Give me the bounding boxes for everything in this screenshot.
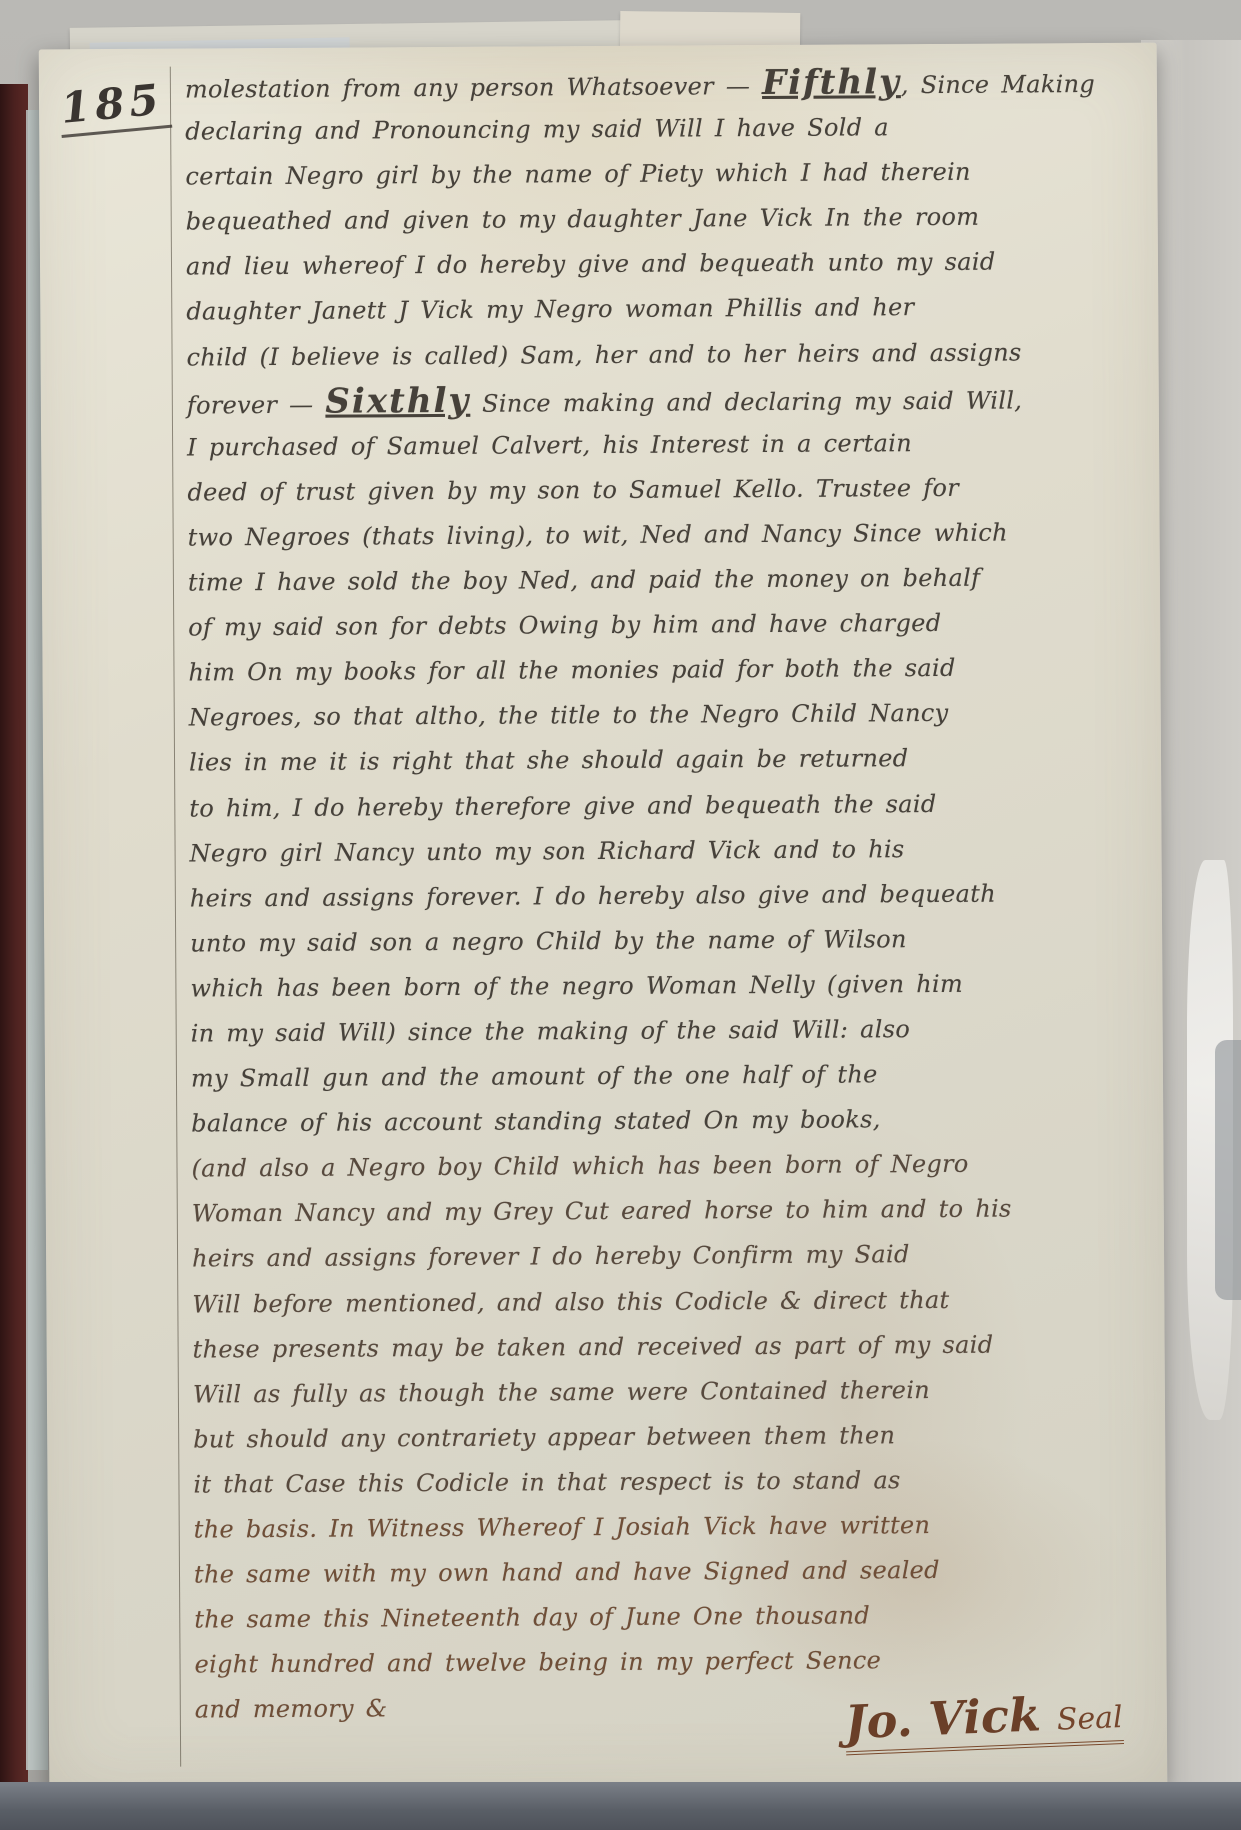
text-line: molestation from any person Whatsoever —… bbox=[185, 59, 1137, 110]
text-line: two Negroes (thats living), to wit, Ned … bbox=[188, 510, 1140, 561]
text-line: eight hundred and twelve being in my per… bbox=[194, 1637, 1146, 1688]
text-segment: the same with my own hand and have Signe… bbox=[194, 1556, 940, 1589]
signature-name: Jo. Vick bbox=[844, 1687, 1042, 1749]
text-line: heirs and assigns forever I do hereby Co… bbox=[192, 1231, 1144, 1282]
text-segment: Will before mentioned, and also this Cod… bbox=[192, 1285, 949, 1318]
text-segment: time I have sold the boy Ned, and paid t… bbox=[188, 564, 980, 597]
text-segment: child (I believe is called) Sam, her and… bbox=[186, 338, 1021, 371]
text-line: it that Case this Codicle in that respec… bbox=[193, 1457, 1145, 1508]
text-segment: balance of his account standing stated O… bbox=[191, 1105, 881, 1137]
text-segment: which has been born of the negro Woman N… bbox=[190, 970, 963, 1003]
text-line: my Small gun and the amount of the one h… bbox=[191, 1051, 1143, 1102]
text-segment: Negroes, so that altho, the title to the… bbox=[189, 699, 949, 732]
text-segment: my Small gun and the amount of the one h… bbox=[191, 1060, 878, 1092]
text-segment: bequeathed and given to my daughter Jane… bbox=[186, 203, 980, 236]
text-segment: the same this Nineteenth day of June One… bbox=[194, 1602, 870, 1634]
text-segment: deed of trust given by my son to Samuel … bbox=[187, 474, 959, 507]
right-edge-shadow bbox=[1215, 1040, 1241, 1300]
manuscript-lines: molestation from any person Whatsoever —… bbox=[185, 59, 1147, 1733]
text-segment: Will as fully as though the same were Co… bbox=[193, 1376, 930, 1409]
text-line: bequeathed and given to my daughter Jane… bbox=[186, 194, 1138, 245]
book-cover-edge bbox=[0, 84, 28, 1786]
text-line: and lieu whereof I do hereby give and be… bbox=[186, 239, 1138, 290]
text-line: of my said son for debts Owing by him an… bbox=[188, 600, 1140, 651]
text-line: to him, I do hereby therefore give and b… bbox=[189, 780, 1141, 831]
text-segment: Woman Nancy and my Grey Cut eared horse … bbox=[192, 1195, 1012, 1228]
text-line: which has been born of the negro Woman N… bbox=[190, 961, 1142, 1012]
section-heading: Sixthly bbox=[325, 380, 470, 421]
manuscript-page: 185 molestation from any person Whatsoev… bbox=[39, 43, 1168, 1794]
text-segment: heirs and assigns forever I do hereby Co… bbox=[192, 1241, 910, 1273]
text-segment: him On my books for all the monies paid … bbox=[188, 654, 955, 687]
text-segment: in my said Will) since the making of the… bbox=[191, 1015, 911, 1047]
text-segment: these presents may be taken and received… bbox=[193, 1330, 994, 1363]
text-segment: to him, I do hereby therefore give and b… bbox=[189, 789, 936, 822]
text-line: forever — Sixthly Since making and decla… bbox=[187, 374, 1139, 425]
text-segment: forever — bbox=[187, 390, 326, 419]
text-line: daughter Janett J Vick my Negro woman Ph… bbox=[186, 284, 1138, 335]
text-segment: eight hundred and twelve being in my per… bbox=[194, 1647, 881, 1679]
text-line: Woman Nancy and my Grey Cut eared horse … bbox=[192, 1186, 1144, 1237]
text-line: the same with my own hand and have Signe… bbox=[194, 1547, 1146, 1598]
table-shadow-band bbox=[0, 1782, 1241, 1830]
seal-scrawl: Seal bbox=[1056, 1700, 1123, 1738]
text-line: Will as fully as though the same were Co… bbox=[193, 1366, 1145, 1417]
text-line: heirs and assigns forever. I do hereby a… bbox=[190, 870, 1142, 921]
text-segment: the basis. In Witness Whereof I Josiah V… bbox=[194, 1511, 931, 1543]
text-line: deed of trust given by my son to Samuel … bbox=[187, 465, 1139, 516]
text-line: these presents may be taken and received… bbox=[192, 1321, 1144, 1372]
text-line: child (I believe is called) Sam, her and… bbox=[186, 329, 1138, 380]
text-segment: two Negroes (thats living), to wit, Ned … bbox=[188, 518, 1008, 551]
text-line: time I have sold the boy Ned, and paid t… bbox=[188, 555, 1140, 606]
text-segment: Negro girl Nancy unto my son Richard Vic… bbox=[190, 835, 905, 867]
text-line: the basis. In Witness Whereof I Josiah V… bbox=[194, 1502, 1146, 1553]
text-segment: (and also a Negro boy Child which has be… bbox=[191, 1150, 968, 1183]
text-line: (and also a Negro boy Child which has be… bbox=[191, 1141, 1143, 1192]
text-segment: and lieu whereof I do hereby give and be… bbox=[186, 248, 996, 281]
text-segment: declaring and Pronouncing my said Will I… bbox=[185, 113, 889, 145]
text-line: unto my said son a negro Child by the na… bbox=[190, 915, 1142, 966]
text-segment: I purchased of Samuel Calvert, his Inter… bbox=[187, 429, 912, 461]
text-line: Negroes, so that altho, the title to the… bbox=[189, 690, 1141, 741]
page-number: 185 bbox=[57, 74, 172, 138]
text-segment: and memory & bbox=[195, 1695, 388, 1724]
text-line: the same this Nineteenth day of June One… bbox=[194, 1592, 1146, 1643]
section-heading: Fifthly bbox=[762, 62, 901, 103]
text-segment: but should any contrariety appear betwee… bbox=[193, 1421, 895, 1453]
signature: Jo. VickSeal bbox=[844, 1684, 1124, 1755]
text-segment: Since making and declaring my said Will, bbox=[470, 386, 1022, 417]
text-segment: heirs and assigns forever. I do hereby a… bbox=[190, 879, 996, 912]
text-segment: , Since Making bbox=[901, 70, 1095, 99]
photographed-manuscript-scene: 185 molestation from any person Whatsoev… bbox=[0, 0, 1241, 1830]
text-line: Negro girl Nancy unto my son Richard Vic… bbox=[189, 825, 1141, 876]
text-line: I purchased of Samuel Calvert, his Inter… bbox=[187, 419, 1139, 470]
text-line: declaring and Pronouncing my said Will I… bbox=[185, 104, 1137, 155]
text-segment: daughter Janett J Vick my Negro woman Ph… bbox=[186, 294, 914, 326]
text-line: but should any contrariety appear betwee… bbox=[193, 1412, 1145, 1463]
margin-rule-line bbox=[170, 67, 181, 1767]
text-line: him On my books for all the monies paid … bbox=[188, 645, 1140, 696]
text-segment: certain Negro girl by the name of Piety … bbox=[185, 158, 970, 191]
text-line: certain Negro girl by the name of Piety … bbox=[185, 149, 1137, 200]
text-segment: of my said son for debts Owing by him an… bbox=[188, 609, 941, 642]
text-line: balance of his account standing stated O… bbox=[191, 1096, 1143, 1147]
text-line: lies in me it is right that she should a… bbox=[189, 735, 1141, 786]
text-segment: molestation from any person Whatsoever — bbox=[185, 72, 762, 104]
text-line: in my said Will) since the making of the… bbox=[191, 1006, 1143, 1057]
text-segment: unto my said son a negro Child by the na… bbox=[190, 925, 907, 957]
text-line: Will before mentioned, and also this Cod… bbox=[192, 1276, 1144, 1327]
text-segment: lies in me it is right that she should a… bbox=[189, 745, 908, 777]
text-segment: it that Case this Codicle in that respec… bbox=[193, 1466, 900, 1498]
